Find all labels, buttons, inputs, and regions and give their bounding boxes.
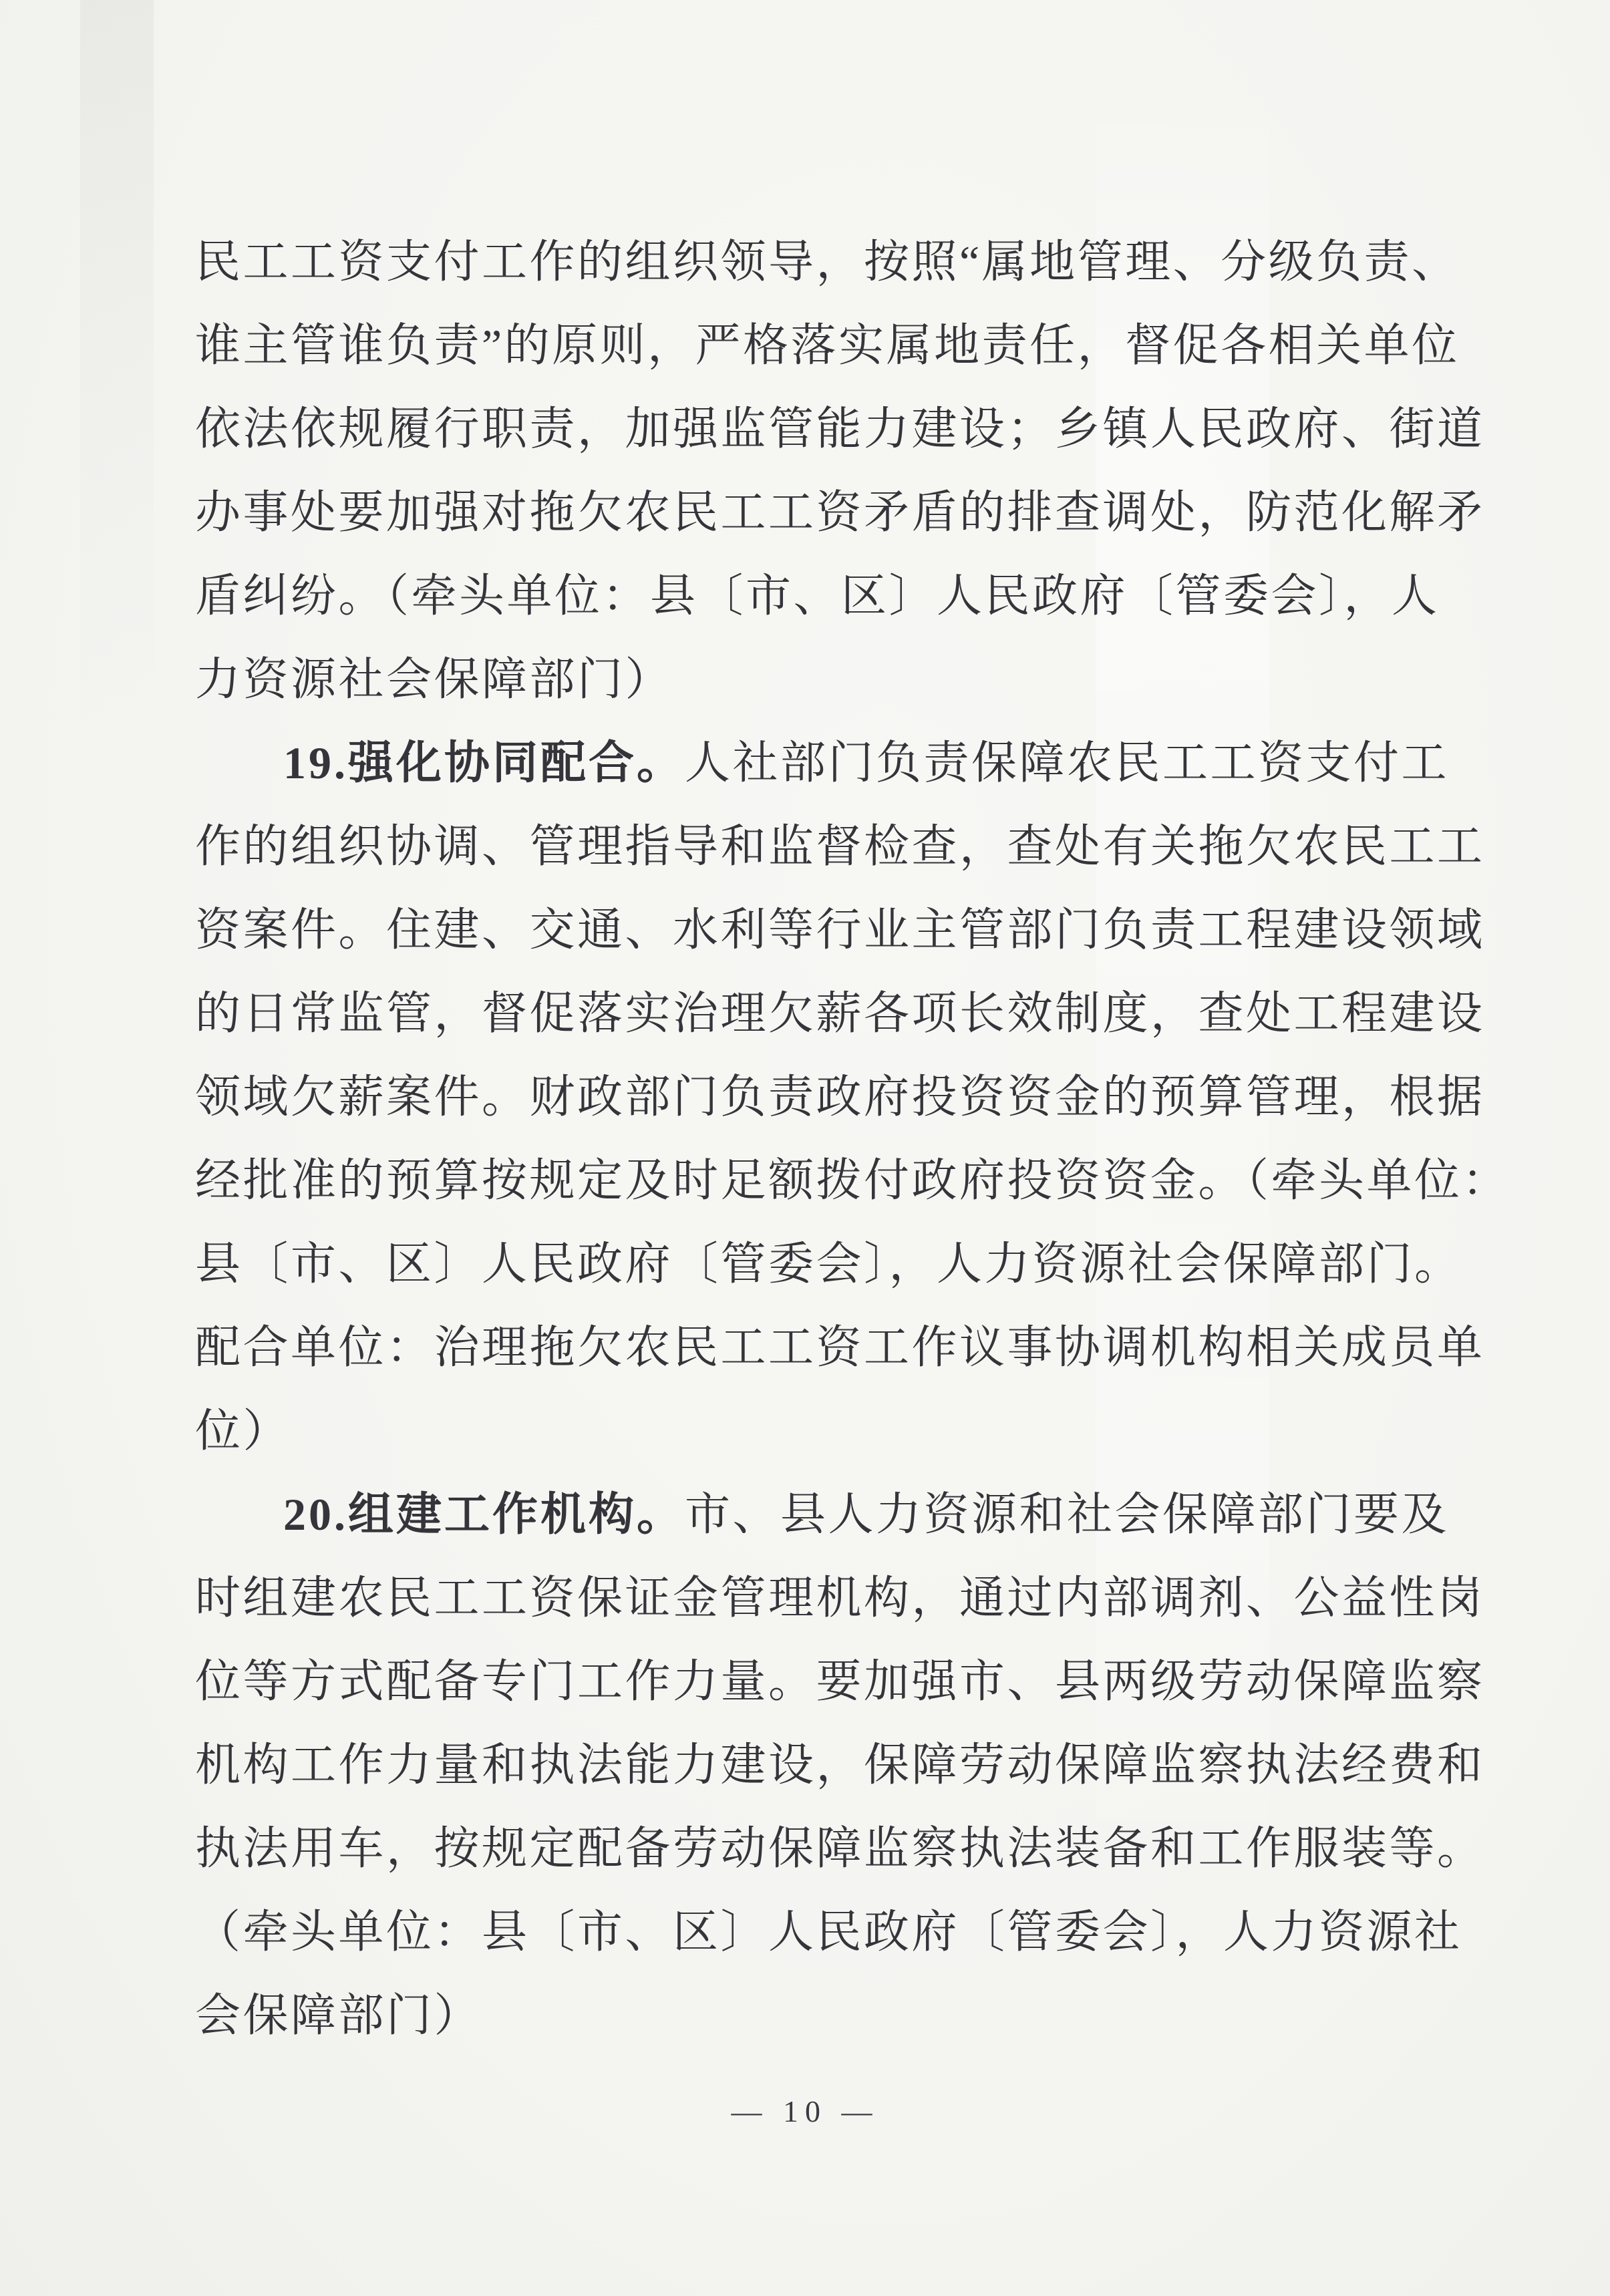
text-line: 会保障部门）: [195, 1974, 1430, 2058]
line-text: 资案件。住建、交通、水利等行业主管部门负责工程建设领域: [195, 905, 1485, 955]
text-line: 经批准的预算按规定及时足额拨付政府投资资金。（牵头单位：: [195, 1139, 1430, 1222]
line-text: 执法用车，按规定配备劳动保障监察执法装备和工作服装等。: [195, 1823, 1485, 1874]
line-text: 经批准的预算按规定及时足额拨付政府投资资金。（牵头单位：: [195, 1155, 1510, 1206]
text-line: 领域欠薪案件。财政部门负责政府投资资金的预算管理，根据: [195, 1055, 1430, 1139]
line-text: 时组建农民工工资保证金管理机构，通过内部调剂、公益性岗: [195, 1573, 1485, 1623]
text-line: 资案件。住建、交通、水利等行业主管部门负责工程建设领域: [195, 888, 1430, 972]
text-line: 执法用车，按规定配备劳动保障监察执法装备和工作服装等。: [195, 1807, 1430, 1891]
paragraph-20: 20.组建工作机构。市、县人力资源和社会保障部门要及时组建农民工工资保证金管理机…: [195, 1473, 1430, 2058]
text-line: 20.组建工作机构。市、县人力资源和社会保障部门要及: [195, 1473, 1430, 1556]
text-line: 力资源社会保障部门）: [195, 638, 1430, 721]
text-line: 盾纠纷。（牵头单位：县〔市、区〕人民政府〔管委会〕，人: [195, 554, 1430, 638]
line-text: 的日常监管，督促落实治理欠薪各项长效制度，查处工程建设: [195, 988, 1485, 1039]
text-line: 机构工作力量和执法能力建设，保障劳动保障监察执法经费和: [195, 1724, 1430, 1807]
line-text: 作的组织协调、管理指导和监督检查，查处有关拖欠农民工工: [195, 821, 1485, 872]
text-line: 县〔市、区〕人民政府〔管委会〕，人力资源社会保障部门。: [195, 1222, 1430, 1306]
text-line: 依法依规履行职责，加强监管能力建设；乡镇人民政府、街道: [195, 387, 1430, 471]
text-line: 位等方式配备专门工作力量。要加强市、县两级劳动保障监察: [195, 1640, 1430, 1724]
scan-shadow-streak: [80, 0, 154, 1377]
text-line: 民工工资支付工作的组织领导，按照“属地管理、分级负责、: [195, 220, 1430, 304]
line-text: 民工工资支付工作的组织领导，按照“属地管理、分级负责、: [195, 236, 1460, 287]
line-text: 谁主管谁负责”的原则，严格落实属地责任，督促各相关单位: [195, 320, 1460, 371]
line-text: 领域欠薪案件。财政部门负责政府投资资金的预算管理，根据: [195, 1072, 1485, 1122]
line-text: 人社部门负责保障农民工工资支付工: [685, 737, 1449, 788]
document-body: 民工工资支付工作的组织领导，按照“属地管理、分级负责、谁主管谁负责”的原则，严格…: [195, 220, 1430, 2058]
line-text: 市、县人力资源和社会保障部门要及: [685, 1489, 1449, 1540]
text-line: 作的组织协调、管理指导和监督检查，查处有关拖欠农民工工: [195, 805, 1430, 888]
scanned-page: 民工工资支付工作的组织领导，按照“属地管理、分级负责、谁主管谁负责”的原则，严格…: [0, 0, 1610, 2296]
line-text: 位等方式配备专门工作力量。要加强市、县两级劳动保障监察: [195, 1656, 1485, 1707]
text-line: 配合单位：治理拖欠农民工工资工作议事协调机构相关成员单: [195, 1306, 1430, 1389]
text-line: 时组建农民工工资保证金管理机构，通过内部调剂、公益性岗: [195, 1556, 1430, 1640]
line-text: 办事处要加强对拖欠农民工工资矛盾的排查调处，防范化解矛: [195, 487, 1485, 538]
text-line: 位）: [195, 1389, 1430, 1473]
text-line: （牵头单位：县〔市、区〕人民政府〔管委会〕，人力资源社: [195, 1891, 1430, 1974]
paragraph-continuation: 民工工资支付工作的组织领导，按照“属地管理、分级负责、谁主管谁负责”的原则，严格…: [195, 220, 1430, 721]
line-text: 力资源社会保障部门）: [195, 654, 673, 705]
text-line: 的日常监管，督促落实治理欠薪各项长效制度，查处工程建设: [195, 972, 1430, 1055]
item-heading: 20.组建工作机构。: [283, 1489, 685, 1540]
line-text: 会保障部门）: [195, 1990, 482, 2041]
page-number: — 10 —: [0, 2083, 1610, 2140]
paragraph-19: 19.强化协同配合。人社部门负责保障农民工工资支付工作的组织协调、管理指导和监督…: [195, 721, 1430, 1473]
text-line: 19.强化协同配合。人社部门负责保障农民工工资支付工: [195, 721, 1430, 805]
line-text: 配合单位：治理拖欠农民工工资工作议事协调机构相关成员单: [195, 1322, 1485, 1373]
line-text: 盾纠纷。（牵头单位：县〔市、区〕人民政府〔管委会〕，人: [195, 570, 1440, 621]
item-heading: 19.强化协同配合。: [283, 737, 685, 788]
line-text: 机构工作力量和执法能力建设，保障劳动保障监察执法经费和: [195, 1740, 1485, 1790]
text-line: 办事处要加强对拖欠农民工工资矛盾的排查调处，防范化解矛: [195, 471, 1430, 554]
line-text: 位）: [195, 1406, 291, 1456]
line-text: （牵头单位：县〔市、区〕人民政府〔管委会〕，人力资源社: [195, 1907, 1462, 1957]
line-text: 依法依规履行职责，加强监管能力建设；乡镇人民政府、街道: [195, 403, 1485, 454]
text-line: 谁主管谁负责”的原则，严格落实属地责任，督促各相关单位: [195, 304, 1430, 387]
line-text: 县〔市、区〕人民政府〔管委会〕，人力资源社会保障部门。: [195, 1239, 1462, 1289]
